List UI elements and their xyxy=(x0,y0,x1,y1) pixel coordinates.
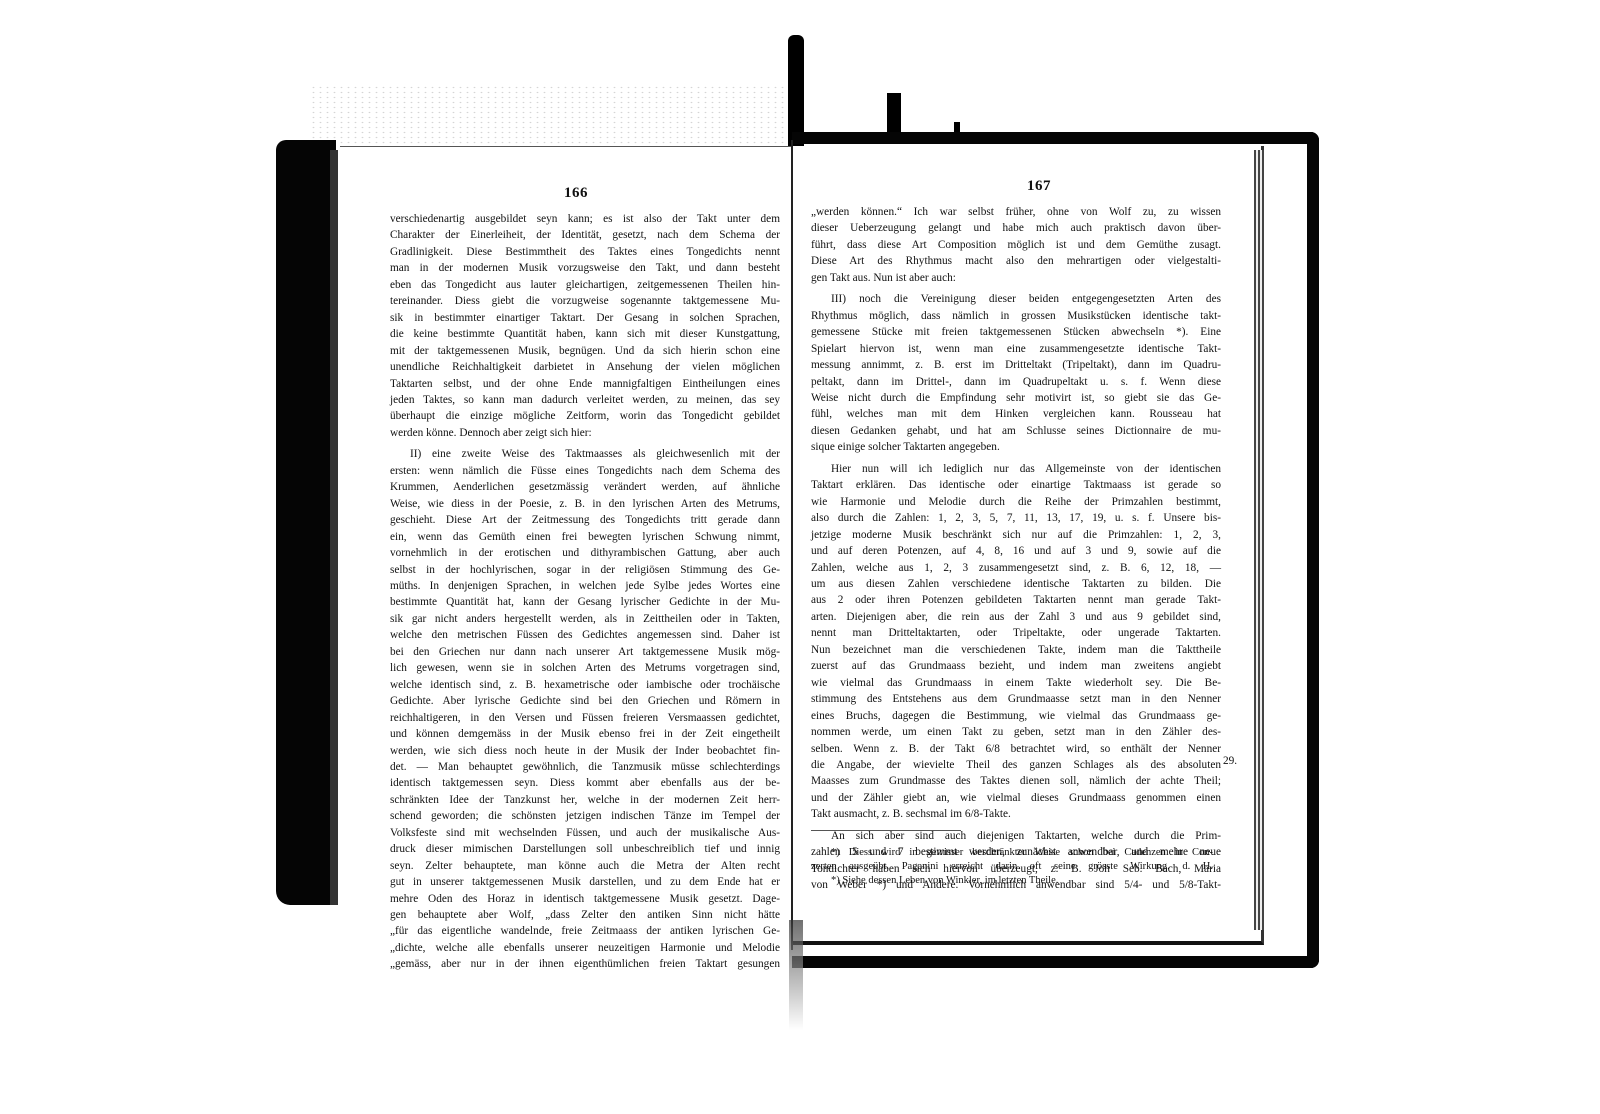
text-line: „für das eigentliche wandelnde, freie Ze… xyxy=(390,923,780,939)
text-line: det. — Man behauptet gewöhnlich, die Tan… xyxy=(390,759,780,775)
footnotes: *) Diess wird in gewisser beschränkter W… xyxy=(811,846,1213,888)
text-line: sik gar nicht anders hergestellt werden,… xyxy=(390,611,780,627)
page-number-left: 166 xyxy=(564,185,588,202)
text-line: verschiedenartig ausgebildet seyn kann; … xyxy=(390,211,780,227)
text-line: II) eine zweite Weise des Taktmaasses al… xyxy=(390,446,780,462)
text-line: Gedichte. Aber lyrische Gedichte sind be… xyxy=(390,693,780,709)
text-line: Charakter der Einerleiheit, der Identitä… xyxy=(390,227,780,243)
text-line: Maasses zum Grundmasse des Taktes dienen… xyxy=(811,773,1221,789)
left-binding-edge xyxy=(276,140,336,905)
page-stack-edge xyxy=(1254,150,1264,930)
text-line: gut in unserer taktgemessenen Musik dars… xyxy=(390,874,780,890)
spine-tab xyxy=(788,35,804,147)
text-line: sik in bestimmter einartiger Taktart. De… xyxy=(390,310,780,326)
text-line: gen behauptete aber Wolf, „dass Zelter d… xyxy=(390,907,780,923)
text-line: selbst in der hochlyrischen, sogar in de… xyxy=(390,562,780,578)
text-line: „gemäss, aber nur in der ihnen eigenthüm… xyxy=(390,956,780,972)
text-line: gen Takt aus. Nun ist aber auch: xyxy=(811,270,1221,286)
text-line: Taktarten selbst, und der ohne Ende mann… xyxy=(390,376,780,392)
text-line: stimmung des Entstehens aus dem Grundmaa… xyxy=(811,691,1221,707)
text-line: druck dieser mimischen Darstellungen sol… xyxy=(390,841,780,857)
text-line: arten. Diejenigen aber, die rein aus der… xyxy=(811,609,1221,625)
text-line: aus 2 oder ihren Potenzen gebildeten Tak… xyxy=(811,592,1221,608)
text-line: Hier nun will ich lediglich nur das Allg… xyxy=(811,461,1221,477)
text-line: Diese Art des Rhythmus macht also den me… xyxy=(811,253,1221,269)
footnote-rule xyxy=(811,830,961,831)
text-line: mehre Oden des Horaz in identisch taktge… xyxy=(390,891,780,907)
text-line: geschieht. Diese Art der Zeitmessung des… xyxy=(390,512,780,528)
paragraph: II) eine zweite Weise des Taktmaasses al… xyxy=(390,446,780,973)
text-line: reichhaltigeren, in den Versen und Füsse… xyxy=(390,710,780,726)
gutter-line xyxy=(791,140,793,950)
text-line: fühl, welches man mit dem Hinken verglei… xyxy=(811,406,1221,422)
text-line: „dichte, welche alle ebenfalls unserer n… xyxy=(390,940,780,956)
text-line: jetzige moderne Musik beschränkt sich nu… xyxy=(811,527,1221,543)
text-line: führt, dass diese Art Composition möglic… xyxy=(811,237,1221,253)
text-line: Rhythmus möglich, dass nämlich in grosse… xyxy=(811,308,1221,324)
text-line: Takt ausmacht, z. B. sechsmal im 6/8-Tak… xyxy=(811,806,1221,822)
text-line: III) noch die Vereinigung dieser beiden … xyxy=(811,291,1221,307)
text-line: schend geworden; die schönsten jetzigen … xyxy=(390,808,780,824)
text-line: unendliche Reichhaltigkeit darbietet in … xyxy=(390,359,780,375)
text-line: „werden können.“ Ich war selbst früher, … xyxy=(811,204,1221,220)
text-line: Volksfeste sind mit wechselnden Füssen, … xyxy=(390,825,780,841)
text-line: Gradlinigkeit. Diese Bestimmtheit des Ta… xyxy=(390,244,780,260)
text-line: Weise nicht durch die Empfindung sehr mo… xyxy=(811,390,1221,406)
text-line: Krummen, Aenderlichen gesetzmässig verän… xyxy=(390,479,780,495)
footnote-line: zerten ausgeübt. Paganini erreicht darin… xyxy=(811,860,1213,874)
text-line: selben. Wenn z. B. der Takt 6/8 betracht… xyxy=(811,741,1221,757)
right-page: 167 „werden können.“ Ich war selbst früh… xyxy=(793,146,1264,945)
margin-note: 29. xyxy=(1223,755,1237,767)
book-scan: 166 verschiedenartig ausgebildet seyn ka… xyxy=(0,0,1600,1114)
text-line: welche den metrischen Füssen des Gedicht… xyxy=(390,627,780,643)
text-line: Taktart erklären. Das identische oder ei… xyxy=(811,477,1221,493)
text-line: identisch taktgemessen seyn. Diess kommt… xyxy=(390,775,780,791)
text-line: eines Bruchs, dagegen die Bestimmung, wi… xyxy=(811,708,1221,724)
text-line: und der Zähler giebt an, wie vielmal die… xyxy=(811,790,1221,806)
page-number-right: 167 xyxy=(1027,178,1051,195)
text-line: messung annimmt, z. B. erst im Drittelta… xyxy=(811,357,1221,373)
text-line: tereinander. Diess giebt die vorzugweise… xyxy=(390,293,780,309)
text-line: werden könne. Dennoch aber zeigt sich hi… xyxy=(390,425,780,441)
text-line: nennt man Dritteltaktarten, oder Tripelt… xyxy=(811,625,1221,641)
paragraph: „werden können.“ Ich war selbst früher, … xyxy=(811,204,1221,286)
text-line: man in der modernen Musik vorzugsweise d… xyxy=(390,260,780,276)
text-line: peltakt, dann im Drittel-, dann im Quadr… xyxy=(811,374,1221,390)
footnote-line: *) Diess wird in gewisser beschränkter W… xyxy=(811,846,1213,860)
text-line: bestimmte Quantität hat, kann der Gesang… xyxy=(390,594,780,610)
text-line: überhaupt die einzige mögliche Zeitform,… xyxy=(390,408,780,424)
text-line: wie Harmonie und Melodie durch die Reihe… xyxy=(811,494,1221,510)
text-line: gemessene Stücke mit freien taktgemessen… xyxy=(811,324,1221,340)
text-line: sique einige solcher Taktarten angegeben… xyxy=(811,439,1221,455)
text-line: lich gewesen, wenn sie in solchen Arten … xyxy=(390,660,780,676)
text-line: eben das Tongedicht aus lauter gleichart… xyxy=(390,277,780,293)
text-line: dieser Ueberzeugung gelangt und habe mic… xyxy=(811,220,1221,236)
text-line: ersten: wenn nämlich die Füsse eines Ton… xyxy=(390,463,780,479)
text-line: Zahlen, welche aus 1, 2, 3 zusammengeset… xyxy=(811,560,1221,576)
text-line: und auf deren Potenzen, auf 4, 8, 16 und… xyxy=(811,543,1221,559)
text-line: bei den Griechen nur dann nach unserer A… xyxy=(390,644,780,660)
text-line: müths. In denjenigen Sprachen, in welche… xyxy=(390,578,780,594)
footnote-line: *) Siehe dessen Leben von Winkler, im le… xyxy=(811,874,1213,888)
paragraph: verschiedenartig ausgebildet seyn kann; … xyxy=(390,211,780,441)
text-line: diesen Gedanken gehabt, und hat am Schlu… xyxy=(811,423,1221,439)
text-line: jeden Taktes, so kann man dadurch verlei… xyxy=(390,392,780,408)
text-line: die Angabe, der wievielte Theil des ganz… xyxy=(811,757,1221,773)
text-line: schränkten Idee der Tanzkunst her, welch… xyxy=(390,792,780,808)
text-line: Nun bezeichnet man die verschiedenen Tak… xyxy=(811,642,1221,658)
text-line: seyn. Zelter behauptete, man könne auch … xyxy=(390,858,780,874)
text-line: vornehmlich in der erotischen und dithyr… xyxy=(390,545,780,561)
scan-noise xyxy=(310,85,790,145)
text-line: die keine bestimmte Quantität haben, kan… xyxy=(390,326,780,342)
gutter-smudge xyxy=(789,920,803,1030)
text-line: um aus diesen Zahlen verschiedene identi… xyxy=(811,576,1221,592)
text-line: nommen werde, um einen Takt zu geben, se… xyxy=(811,724,1221,740)
text-line: Spielart hiervon ist, wenn man eine zusa… xyxy=(811,341,1221,357)
left-page-edge-shadow xyxy=(330,150,338,905)
text-line: welche identisch sind, z. B. hexametrisc… xyxy=(390,677,780,693)
left-page-body: verschiedenartig ausgebildet seyn kann; … xyxy=(390,211,780,973)
paragraph: III) noch die Vereinigung dieser beiden … xyxy=(811,291,1221,456)
text-line: wie vielmal das Grundmaass in einem Takt… xyxy=(811,675,1221,691)
text-line: Weise, wie diess in der Poesie, z. B. in… xyxy=(390,496,780,512)
text-line: ein, wenn das Gemüth einen frei bewegten… xyxy=(390,529,780,545)
text-line: und können demgemäss in der Musik ebenso… xyxy=(390,726,780,742)
text-line: also durch die Zahlen: 1, 2, 3, 5, 7, 11… xyxy=(811,510,1221,526)
right-page-body: „werden können.“ Ich war selbst früher, … xyxy=(811,204,1221,894)
text-line: zuerst auf das Grundmaass bezieht, und i… xyxy=(811,658,1221,674)
left-page: 166 verschiedenartig ausgebildet seyn ka… xyxy=(340,146,792,907)
text-line: mit der taktgemessenen Musik, begnügen. … xyxy=(390,343,780,359)
text-line: werden, wie sich diess noch heute in der… xyxy=(390,743,780,759)
paragraph: Hier nun will ich lediglich nur das Allg… xyxy=(811,461,1221,823)
